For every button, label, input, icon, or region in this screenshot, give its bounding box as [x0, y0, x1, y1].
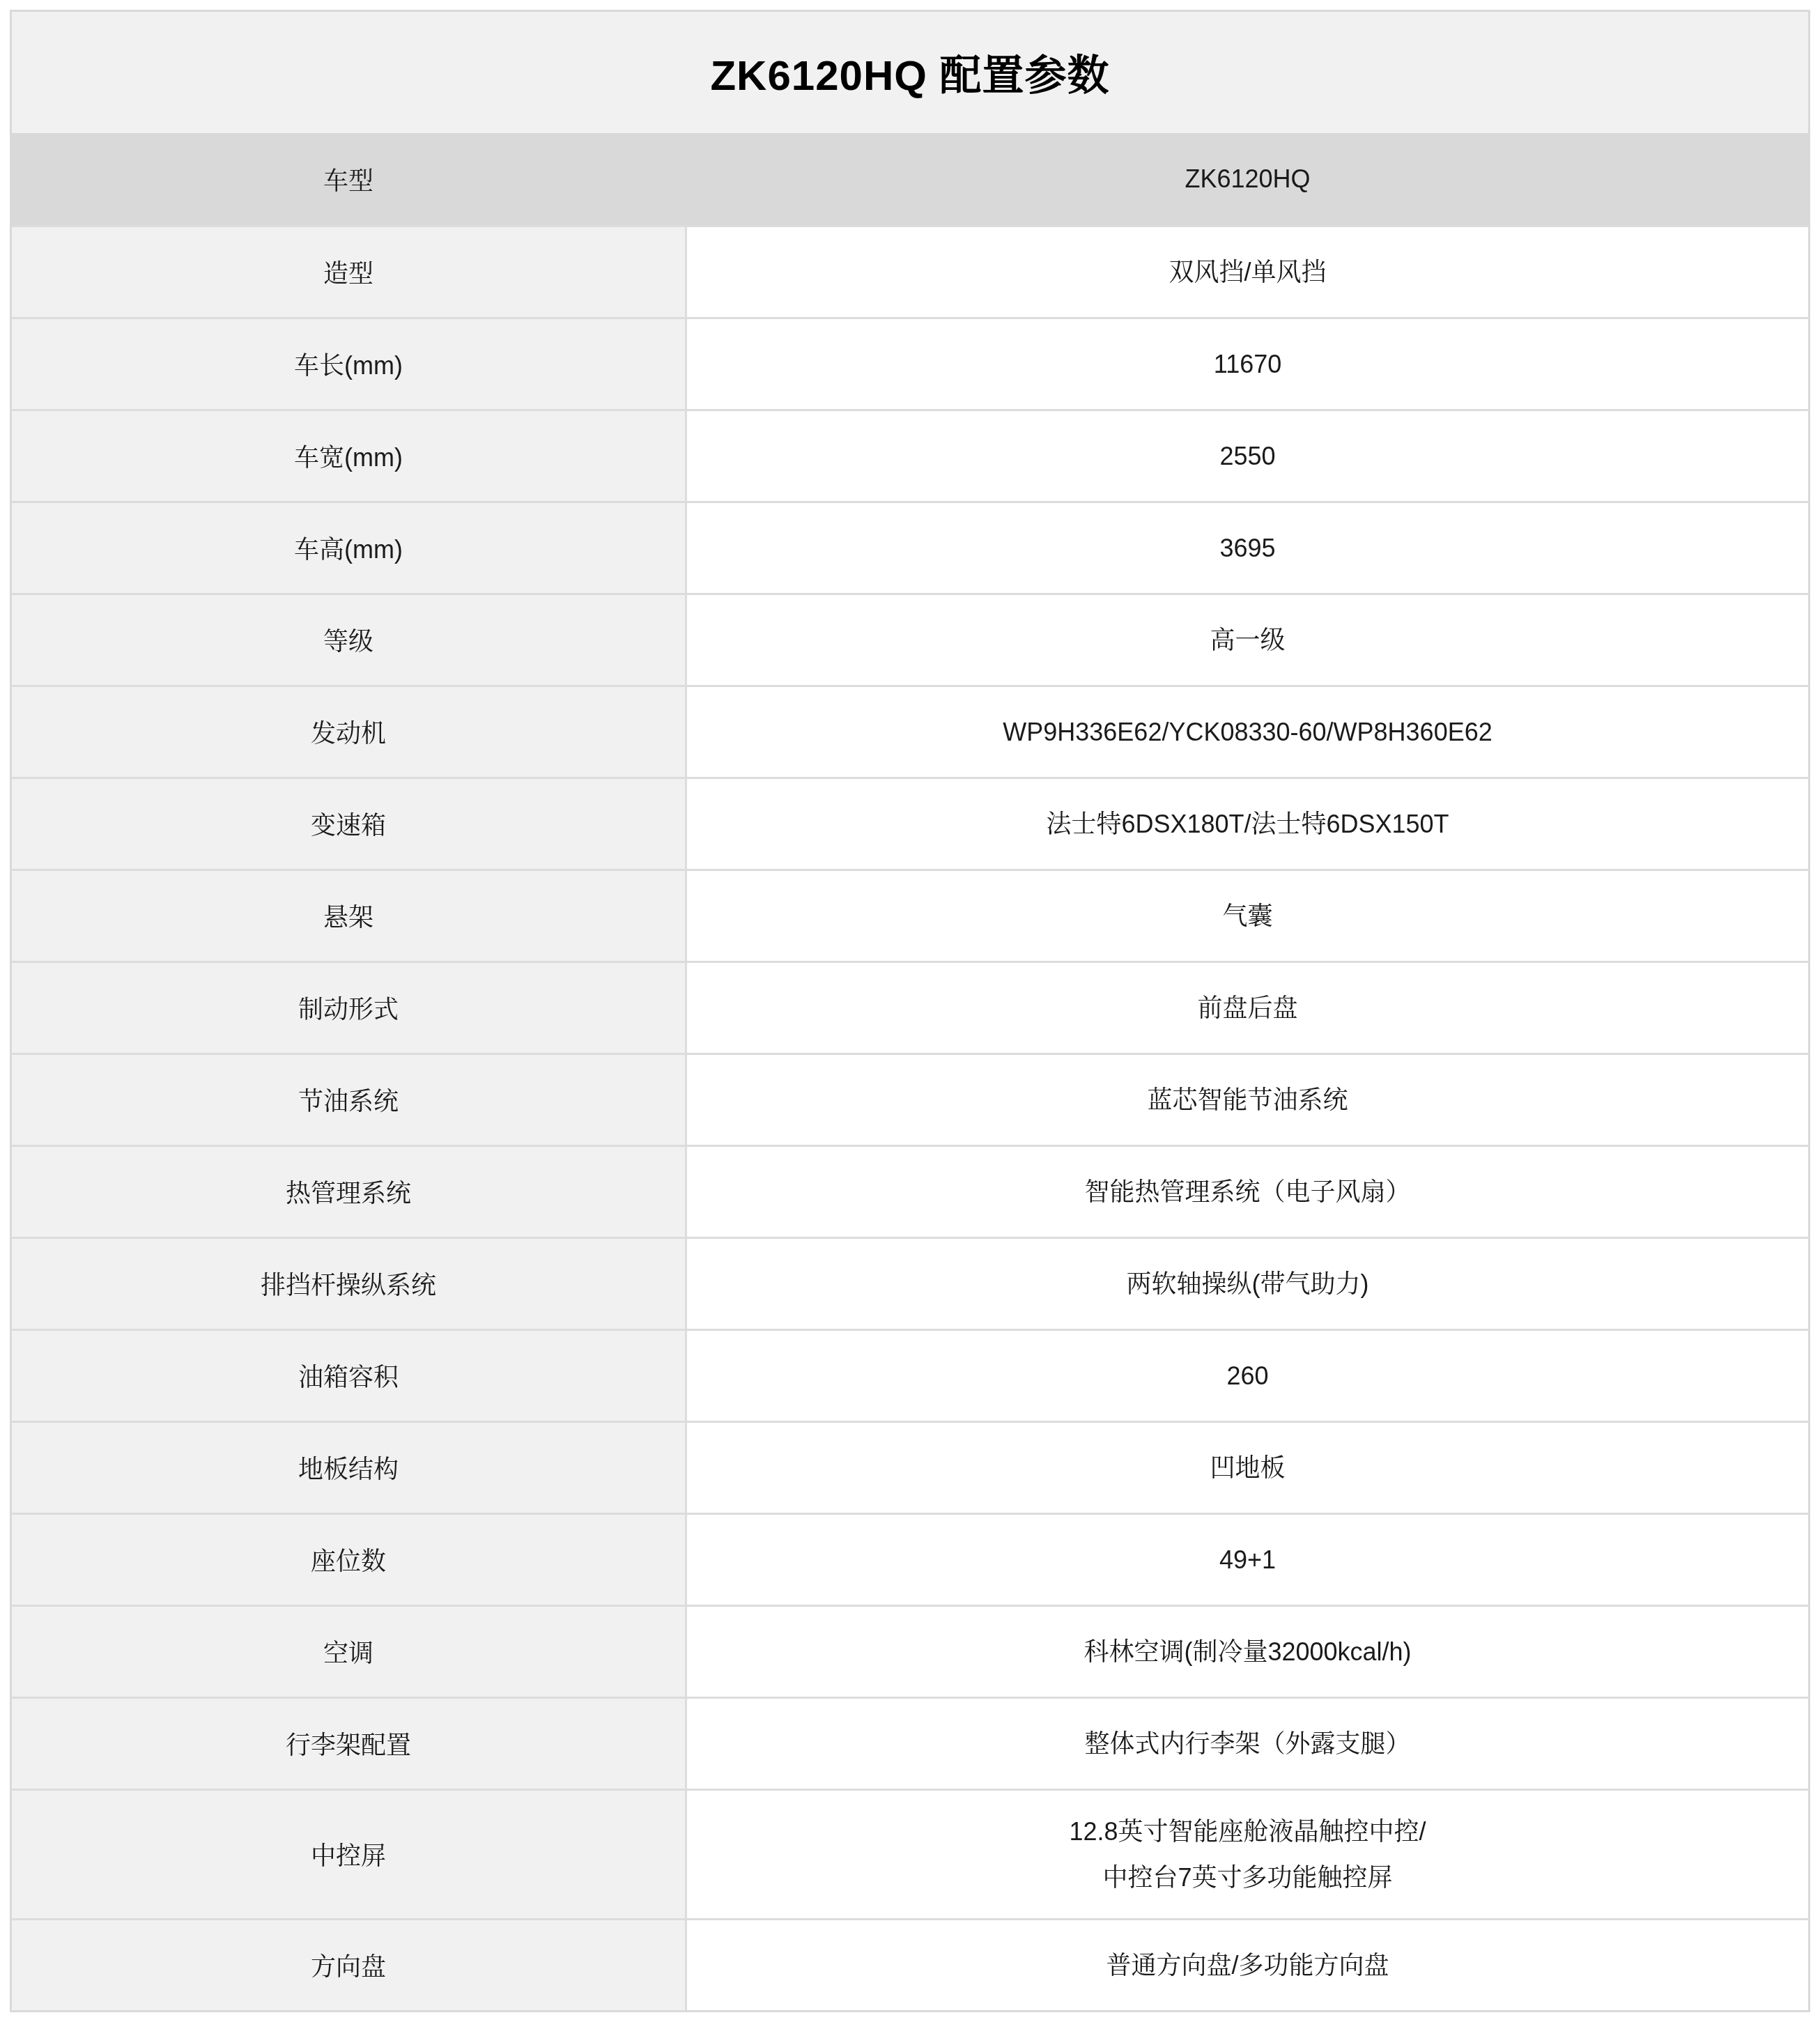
row-label: 制动形式: [12, 963, 687, 1053]
table-row: 空调科林空调(制冷量32000kcal/h): [12, 1605, 1808, 1697]
row-value: 科林空调(制冷量32000kcal/h): [687, 1607, 1808, 1697]
table-row: 油箱容积260: [12, 1329, 1808, 1421]
table-row: 中控屏12.8英寸智能座舱液晶触控中控/中控台7英寸多功能触控屏: [12, 1789, 1808, 1918]
table-row: 等级高一级: [12, 593, 1808, 685]
row-value-line: 11670: [1214, 341, 1281, 387]
table-row: 车型ZK6120HQ: [12, 133, 1808, 225]
table-row: 地板结构凹地板: [12, 1421, 1808, 1513]
row-label: 热管理系统: [12, 1147, 687, 1237]
row-value-line: WP9H336E62/YCK08330-60/WP8H360E62: [1003, 709, 1492, 755]
row-value-line: 科林空调(制冷量32000kcal/h): [1083, 1629, 1411, 1675]
row-value-line: 凹地板: [1210, 1445, 1285, 1491]
row-label: 车型: [12, 133, 687, 225]
row-value: 49+1: [687, 1515, 1808, 1605]
row-label: 油箱容积: [12, 1331, 687, 1421]
row-value: 3695: [687, 503, 1808, 593]
table-row: 发动机WP9H336E62/YCK08330-60/WP8H360E62: [12, 685, 1808, 777]
row-label: 车宽(mm): [12, 411, 687, 501]
row-value-line: 双风挡/单风挡: [1169, 249, 1326, 295]
spec-table: ZK6120HQ 配置参数 车型ZK6120HQ造型双风挡/单风挡车长(mm)1…: [10, 10, 1810, 2012]
row-value: 260: [687, 1331, 1808, 1421]
row-value: 整体式内行李架（外露支腿）: [687, 1699, 1808, 1789]
row-label: 方向盘: [12, 1920, 687, 2010]
row-label: 节油系统: [12, 1055, 687, 1145]
row-value-line: 蓝芯智能节油系统: [1147, 1077, 1348, 1123]
row-value: 双风挡/单风挡: [687, 227, 1808, 317]
table-row: 变速箱法士特6DSX180T/法士特6DSX150T: [12, 777, 1808, 869]
row-value: 气囊: [687, 871, 1808, 961]
table-row: 车高(mm)3695: [12, 501, 1808, 593]
page-title: ZK6120HQ 配置参数: [12, 12, 1808, 133]
row-value-line: 3695: [1219, 525, 1275, 571]
table-row: 车宽(mm)2550: [12, 409, 1808, 501]
table-row: 制动形式前盘后盘: [12, 961, 1808, 1053]
row-value-line: 气囊: [1222, 893, 1272, 939]
row-value: 智能热管理系统（电子风扇）: [687, 1147, 1808, 1237]
row-value-line: 中控台7英寸多功能触控屏: [1102, 1855, 1392, 1901]
row-value: 高一级: [687, 595, 1808, 685]
row-label: 悬架: [12, 871, 687, 961]
row-value: 法士特6DSX180T/法士特6DSX150T: [687, 779, 1808, 869]
row-value-line: 2550: [1219, 433, 1275, 479]
row-value-line: 普通方向盘/多功能方向盘: [1106, 1943, 1389, 1989]
row-value-line: 260: [1226, 1353, 1268, 1399]
row-label: 地板结构: [12, 1423, 687, 1513]
row-label: 变速箱: [12, 779, 687, 869]
row-value-line: 49+1: [1219, 1537, 1276, 1583]
row-value-line: 12.8英寸智能座舱液晶触控中控/: [1069, 1809, 1426, 1855]
row-value-line: ZK6120HQ: [1185, 156, 1310, 202]
table-row: 节油系统蓝芯智能节油系统: [12, 1053, 1808, 1145]
row-value-line: 两软轴操纵(带气助力): [1127, 1261, 1369, 1307]
row-value: 蓝芯智能节油系统: [687, 1055, 1808, 1145]
row-value-line: 高一级: [1210, 617, 1285, 663]
row-value: 11670: [687, 319, 1808, 409]
row-value: 12.8英寸智能座舱液晶触控中控/中控台7英寸多功能触控屏: [687, 1791, 1808, 1918]
table-row: 热管理系统智能热管理系统（电子风扇）: [12, 1145, 1808, 1237]
row-label: 排挡杆操纵系统: [12, 1239, 687, 1329]
row-label: 车长(mm): [12, 319, 687, 409]
spec-rows: 车型ZK6120HQ造型双风挡/单风挡车长(mm)11670车宽(mm)2550…: [12, 133, 1808, 2010]
row-value: WP9H336E62/YCK08330-60/WP8H360E62: [687, 687, 1808, 777]
row-value-line: 智能热管理系统（电子风扇）: [1084, 1169, 1410, 1215]
row-label: 发动机: [12, 687, 687, 777]
table-row: 悬架气囊: [12, 869, 1808, 961]
table-row: 排挡杆操纵系统两软轴操纵(带气助力): [12, 1237, 1808, 1329]
table-row: 造型双风挡/单风挡: [12, 225, 1808, 317]
row-value-line: 法士特6DSX180T/法士特6DSX150T: [1046, 801, 1449, 847]
row-value-line: 前盘后盘: [1197, 985, 1297, 1031]
row-value: 普通方向盘/多功能方向盘: [687, 1920, 1808, 2010]
table-row: 座位数49+1: [12, 1513, 1808, 1605]
row-value-line: 整体式内行李架（外露支腿）: [1084, 1721, 1410, 1767]
table-row: 车长(mm)11670: [12, 317, 1808, 409]
row-label: 行李架配置: [12, 1699, 687, 1789]
row-label: 中控屏: [12, 1791, 687, 1918]
row-label: 空调: [12, 1607, 687, 1697]
row-label: 等级: [12, 595, 687, 685]
row-value: 两软轴操纵(带气助力): [687, 1239, 1808, 1329]
row-value: 前盘后盘: [687, 963, 1808, 1053]
row-label: 造型: [12, 227, 687, 317]
table-row: 方向盘普通方向盘/多功能方向盘: [12, 1918, 1808, 2010]
row-value: 2550: [687, 411, 1808, 501]
table-row: 行李架配置整体式内行李架（外露支腿）: [12, 1697, 1808, 1789]
row-label: 座位数: [12, 1515, 687, 1605]
row-value: ZK6120HQ: [687, 133, 1808, 225]
row-label: 车高(mm): [12, 503, 687, 593]
row-value: 凹地板: [687, 1423, 1808, 1513]
